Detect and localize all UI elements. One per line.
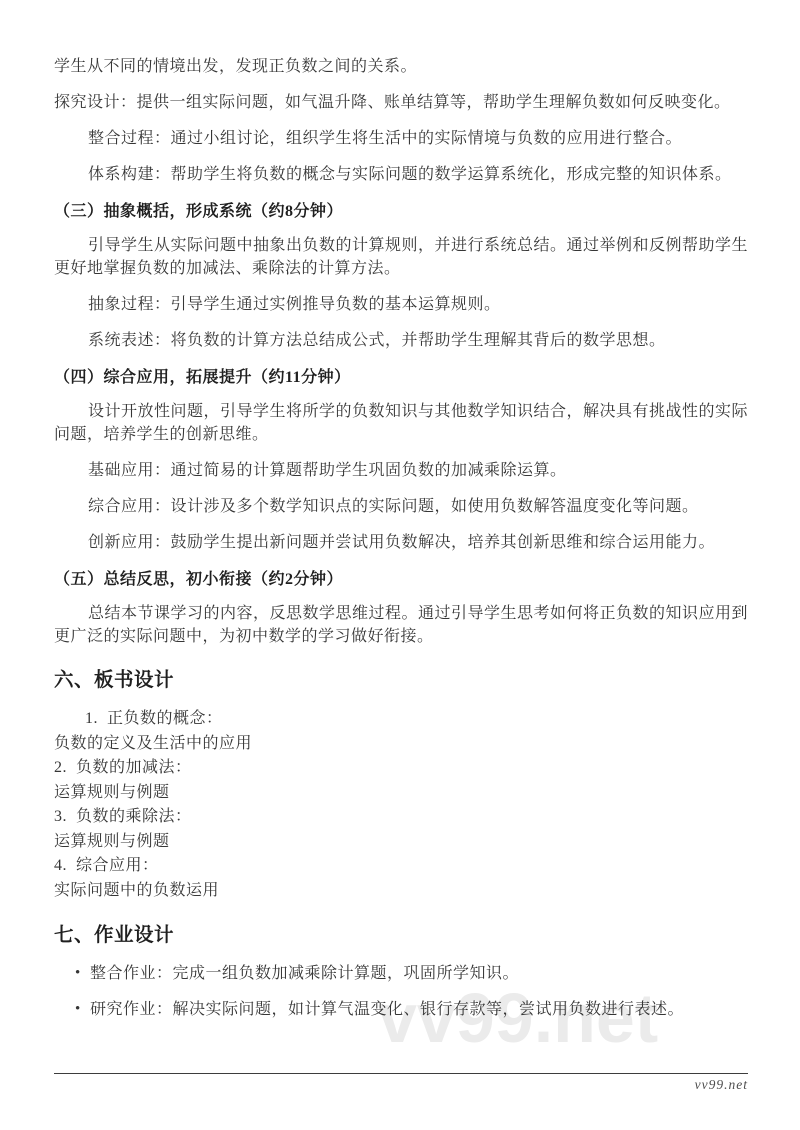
board-line: 1. 正负数的概念：	[54, 707, 748, 732]
board-line: 4. 综合应用：	[54, 854, 748, 879]
section-heading-abstract: （三）抽象概括，形成系统（约8分钟）	[54, 200, 748, 223]
section-paragraph: 抽象过程：引导学生通过实例推导负数的基本运算规则。	[54, 293, 748, 316]
section-paragraph: 创新应用：鼓励学生提出新问题并尝试用负数解决，培养其创新思维和综合运用能力。	[54, 531, 748, 554]
board-line: 实际问题中的负数运用	[54, 879, 748, 904]
board-line: 运算规则与例题	[54, 781, 748, 806]
bullet-icon: •	[75, 962, 81, 985]
board-design-list: 1. 正负数的概念： 负数的定义及生活中的应用 2. 负数的加减法： 运算规则与…	[54, 707, 748, 903]
homework-list: • 整合作业：完成一组负数加减乘除计算题，巩固所学知识。 • 研究作业：解决实际…	[54, 962, 748, 1021]
section-paragraph: 基础应用：通过简易的计算题帮助学生巩固负数的加减乘除运算。	[54, 459, 748, 482]
document-content: 学生从不同的情境出发，发现正负数之间的关系。 探究设计：提供一组实际问题，如气温…	[54, 55, 748, 1034]
board-line: 3. 负数的乘除法：	[54, 805, 748, 830]
section-paragraph: 总结本节课学习的内容，反思数学思维过程。通过引导学生思考如何将正负数的知识应用到…	[54, 602, 748, 648]
section-paragraph: 设计开放性问题，引导学生将所学的负数知识与其他数学知识结合，解决具有挑战性的实际…	[54, 400, 748, 446]
intro-paragraph: 体系构建：帮助学生将负数的概念与实际问题的数学运算系统化，形成完整的知识体系。	[54, 163, 748, 186]
board-line: 运算规则与例题	[54, 830, 748, 855]
page-footer: vv99.net	[54, 1073, 748, 1093]
document-page: vv99.net 学生从不同的情境出发，发现正负数之间的关系。 探究设计：提供一…	[0, 0, 800, 1130]
bullet-icon: •	[75, 998, 81, 1021]
section-heading-summary: （五）总结反思，初小衔接（约2分钟）	[54, 568, 748, 591]
board-line: 2. 负数的加减法：	[54, 756, 748, 781]
intro-paragraph: 学生从不同的情境出发，发现正负数之间的关系。	[54, 55, 748, 78]
homework-design-heading: 七、作业设计	[54, 923, 748, 949]
footer-divider	[54, 1073, 748, 1074]
homework-item-text: 整合作业：完成一组负数加减乘除计算题，巩固所学知识。	[90, 965, 519, 982]
list-item: • 整合作业：完成一组负数加减乘除计算题，巩固所学知识。	[54, 962, 748, 985]
board-design-heading: 六、板书设计	[54, 668, 748, 694]
board-line: 负数的定义及生活中的应用	[54, 732, 748, 757]
intro-paragraph: 整合过程：通过小组讨论，组织学生将生活中的实际情境与负数的应用进行整合。	[54, 127, 748, 150]
section-paragraph: 引导学生从实际问题中抽象出负数的计算规则，并进行系统总结。通过举例和反例帮助学生…	[54, 234, 748, 280]
list-item: • 研究作业：解决实际问题，如计算气温变化、银行存款等，尝试用负数进行表述。	[54, 998, 748, 1021]
homework-item-text: 研究作业：解决实际问题，如计算气温变化、银行存款等，尝试用负数进行表述。	[90, 1001, 684, 1018]
section-paragraph: 系统表述：将负数的计算方法总结成公式，并帮助学生理解其背后的数学思想。	[54, 329, 748, 352]
section-heading-application: （四）综合应用，拓展提升（约11分钟）	[54, 366, 748, 389]
section-paragraph: 综合应用：设计涉及多个数学知识点的实际问题，如使用负数解答温度变化等问题。	[54, 495, 748, 518]
footer-site-label: vv99.net	[54, 1077, 748, 1093]
intro-paragraph: 探究设计：提供一组实际问题，如气温升降、账单结算等，帮助学生理解负数如何反映变化…	[54, 91, 748, 114]
